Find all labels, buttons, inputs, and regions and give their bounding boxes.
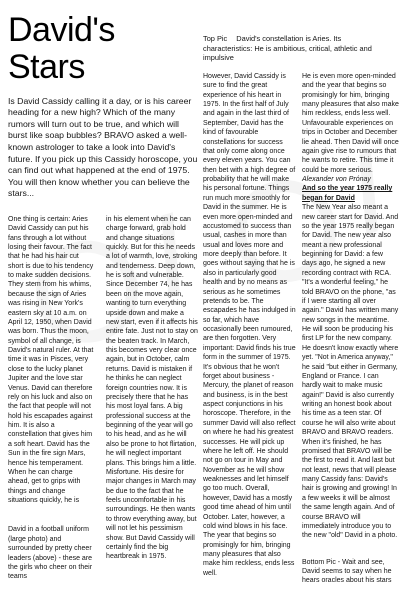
astrologer-byline: Alexander von Prónay (302, 175, 399, 184)
column-2: in his element when he can charge forwar… (106, 215, 198, 582)
column-4-body: He is even more open-minded and the year… (302, 72, 399, 175)
top-pic-caption-label: Top Pic (203, 34, 227, 43)
bottom-pic-caption: Bottom Pic - Wait and see, David seems t… (302, 558, 399, 586)
top-pic-caption-text: David's constellation is Aries. Its char… (203, 34, 372, 62)
left-half: David's Stars Is David Cassidy calling i… (8, 12, 198, 582)
sub-heading: And so the year 1975 really began for Da… (302, 184, 399, 203)
right-columns: However, David Cassidy is sure to find t… (203, 72, 399, 586)
column-3: However, David Cassidy is sure to find t… (203, 72, 296, 586)
column-2-body: in his element when he can charge forwar… (106, 215, 198, 562)
column-1: One thing is certain: Aries David Cassid… (8, 215, 95, 582)
article-page: David's Stars Is David Cassidy calling i… (0, 0, 400, 600)
column-4: He is even more open-minded and the year… (302, 72, 399, 586)
intro-paragraph: Is David Cassidy calling it a day, or is… (8, 96, 198, 200)
column-4-body2: The New Year also meant a new career sta… (302, 203, 399, 541)
top-photo-caption: David in a football uniform (large photo… (8, 525, 95, 581)
page-title: David's Stars (8, 12, 198, 87)
column-1-body: One thing is certain: Aries David Cassid… (8, 215, 95, 506)
right-half: Top PicDavid's constellation is Aries. I… (203, 34, 399, 586)
column-3-body: However, David Cassidy is sure to find t… (203, 72, 296, 578)
top-pic-caption: Top PicDavid's constellation is Aries. I… (203, 34, 391, 63)
left-columns: One thing is certain: Aries David Cassid… (8, 215, 198, 582)
